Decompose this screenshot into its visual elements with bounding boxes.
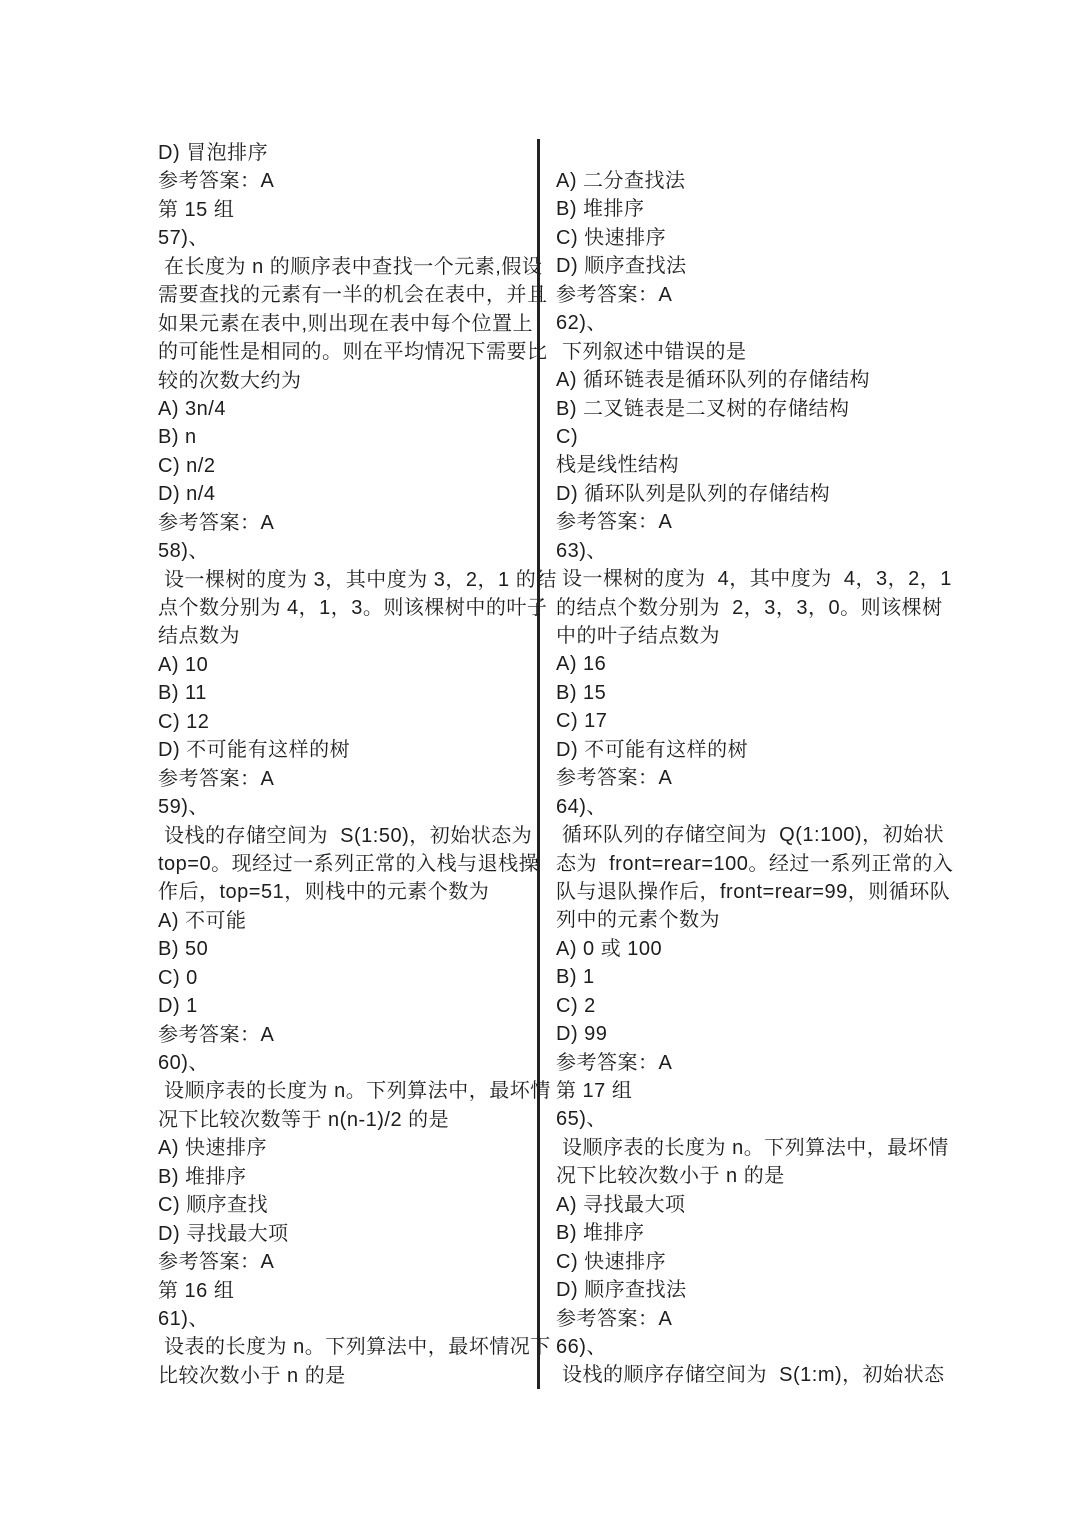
- text-line: 60)、: [158, 1049, 533, 1077]
- text-line: 参考答案：A: [158, 1021, 533, 1049]
- text-line: B) 堆排序: [556, 1219, 936, 1247]
- text-line: 第 17 组: [556, 1077, 936, 1105]
- text-line: A) 10: [158, 651, 533, 679]
- text-line: D) 顺序查找法: [556, 252, 936, 280]
- text-line: 点个数分别为 4，1，3。则该棵树中的叶子: [158, 594, 533, 622]
- text-line: 参考答案：A: [158, 765, 533, 793]
- text-line: C) 顺序查找: [158, 1191, 533, 1219]
- text-line: B) 50: [158, 935, 533, 963]
- text-line: 第 15 组: [158, 196, 533, 224]
- text-line: D) 99: [556, 1020, 936, 1048]
- text-line: A) 3n/4: [158, 395, 533, 423]
- text-line: 的可能性是相同的。则在平均情况下需要比: [158, 338, 533, 366]
- text-line: A) 快速排序: [158, 1134, 533, 1162]
- text-line: 65)、: [556, 1105, 936, 1133]
- text-line: D) 顺序查找法: [556, 1276, 936, 1304]
- text-line: 况下比较次数小于 n 的是: [556, 1162, 936, 1190]
- text-line: 循环队列的存储空间为 Q(1:100)，初始状: [556, 821, 936, 849]
- text-line: C) n/2: [158, 452, 533, 480]
- text-line: 参考答案：A: [158, 1248, 533, 1276]
- text-line: 参考答案：A: [556, 281, 936, 309]
- text-line: 作后，top=51，则栈中的元素个数为: [158, 878, 533, 906]
- text-line: 设一棵树的度为 4，其中度为 4，3，2，1: [556, 565, 936, 593]
- text-line: A) 16: [556, 650, 936, 678]
- text-line: B) 堆排序: [556, 195, 936, 223]
- text-line: A) 二分查找法: [556, 167, 936, 195]
- text-line: 57)、: [158, 224, 533, 252]
- text-line: 下列叙述中错误的是: [556, 338, 936, 366]
- text-line: C) 快速排序: [556, 1248, 936, 1276]
- text-line: 的结点个数分别为 2，3，3，0。则该棵树: [556, 594, 936, 622]
- text-line: C) 2: [556, 992, 936, 1020]
- text-line: 参考答案：A: [556, 1049, 936, 1077]
- text-line: C) 12: [158, 708, 533, 736]
- text-line: 设表的长度为 n。下列算法中，最坏情况下: [158, 1333, 533, 1361]
- text-line: 参考答案：A: [158, 509, 533, 537]
- text-line: 需要查找的元素有一半的机会在表中，并且: [158, 281, 533, 309]
- text-line: B) 堆排序: [158, 1163, 533, 1191]
- text-line: D) 1: [158, 992, 533, 1020]
- text-line: D) n/4: [158, 480, 533, 508]
- text-line: D) 不可能有这样的树: [556, 736, 936, 764]
- text-line: 在长度为 n 的顺序表中查找一个元素,假设: [158, 253, 533, 281]
- text-line: A) 0 或 100: [556, 935, 936, 963]
- text-line: B) 二叉链表是二叉树的存储结构: [556, 395, 936, 423]
- text-line: D) 冒泡排序: [158, 139, 533, 167]
- text-line: 设一棵树的度为 3，其中度为 3，2，1 的结: [158, 566, 533, 594]
- text-line: 设顺序表的长度为 n。下列算法中，最坏情: [158, 1077, 533, 1105]
- text-line: 设顺序表的长度为 n。下列算法中，最坏情: [556, 1134, 936, 1162]
- text-line: 63)、: [556, 537, 936, 565]
- column-divider: [537, 139, 540, 1389]
- text-line: C) 快速排序: [556, 224, 936, 252]
- text-line: 参考答案：A: [556, 764, 936, 792]
- text-line: A) 寻找最大项: [556, 1191, 936, 1219]
- text-line: 列中的元素个数为: [556, 906, 936, 934]
- text-line: C): [556, 423, 936, 451]
- text-line: 61)、: [158, 1305, 533, 1333]
- text-line: 参考答案：A: [158, 167, 533, 195]
- text-line: 58)、: [158, 537, 533, 565]
- text-line: 比较次数小于 n 的是: [158, 1362, 533, 1390]
- text-line: 如果元素在表中,则出现在表中每个位置上: [158, 310, 533, 338]
- text-line: 第 16 组: [158, 1277, 533, 1305]
- text-line: A) 不可能: [158, 907, 533, 935]
- text-line: 62)、: [556, 309, 936, 337]
- text-line: top=0。现经过一系列正常的入栈与退栈操: [158, 850, 533, 878]
- text-line: D) 寻找最大项: [158, 1220, 533, 1248]
- right-text-column: A) 二分查找法B) 堆排序C) 快速排序D) 顺序查找法参考答案：A62)、 …: [556, 167, 936, 1390]
- text-line: 栈是线性结构: [556, 451, 936, 479]
- text-line: 66)、: [556, 1333, 936, 1361]
- text-line: C) 17: [556, 707, 936, 735]
- text-line: 态为 front=rear=100。经过一系列正常的入: [556, 850, 936, 878]
- text-line: C) 0: [158, 964, 533, 992]
- left-text-column: D) 冒泡排序参考答案：A第 15 组57)、 在长度为 n 的顺序表中查找一个…: [158, 139, 533, 1390]
- text-line: B) 1: [556, 963, 936, 991]
- text-line: 结点数为: [158, 622, 533, 650]
- text-line: 中的叶子结点数为: [556, 622, 936, 650]
- text-line: D) 不可能有这样的树: [158, 736, 533, 764]
- text-line: 参考答案：A: [556, 1305, 936, 1333]
- document-page: D) 冒泡排序参考答案：A第 15 组57)、 在长度为 n 的顺序表中查找一个…: [0, 0, 1080, 1534]
- text-line: 设栈的顺序存储空间为 S(1:m)，初始状态: [556, 1361, 936, 1389]
- text-line: 况下比较次数等于 n(n-1)/2 的是: [158, 1106, 533, 1134]
- text-line: 较的次数大约为: [158, 367, 533, 395]
- text-line: 队与退队操作后，front=rear=99，则循环队: [556, 878, 936, 906]
- text-line: A) 循环链表是循环队列的存储结构: [556, 366, 936, 394]
- text-line: 设栈的存储空间为 S(1:50)，初始状态为: [158, 822, 533, 850]
- text-line: 参考答案：A: [556, 508, 936, 536]
- text-line: 59)、: [158, 793, 533, 821]
- text-line: 64)、: [556, 793, 936, 821]
- text-line: B) 11: [158, 679, 533, 707]
- text-line: D) 循环队列是队列的存储结构: [556, 480, 936, 508]
- text-line: B) n: [158, 423, 533, 451]
- text-line: B) 15: [556, 679, 936, 707]
